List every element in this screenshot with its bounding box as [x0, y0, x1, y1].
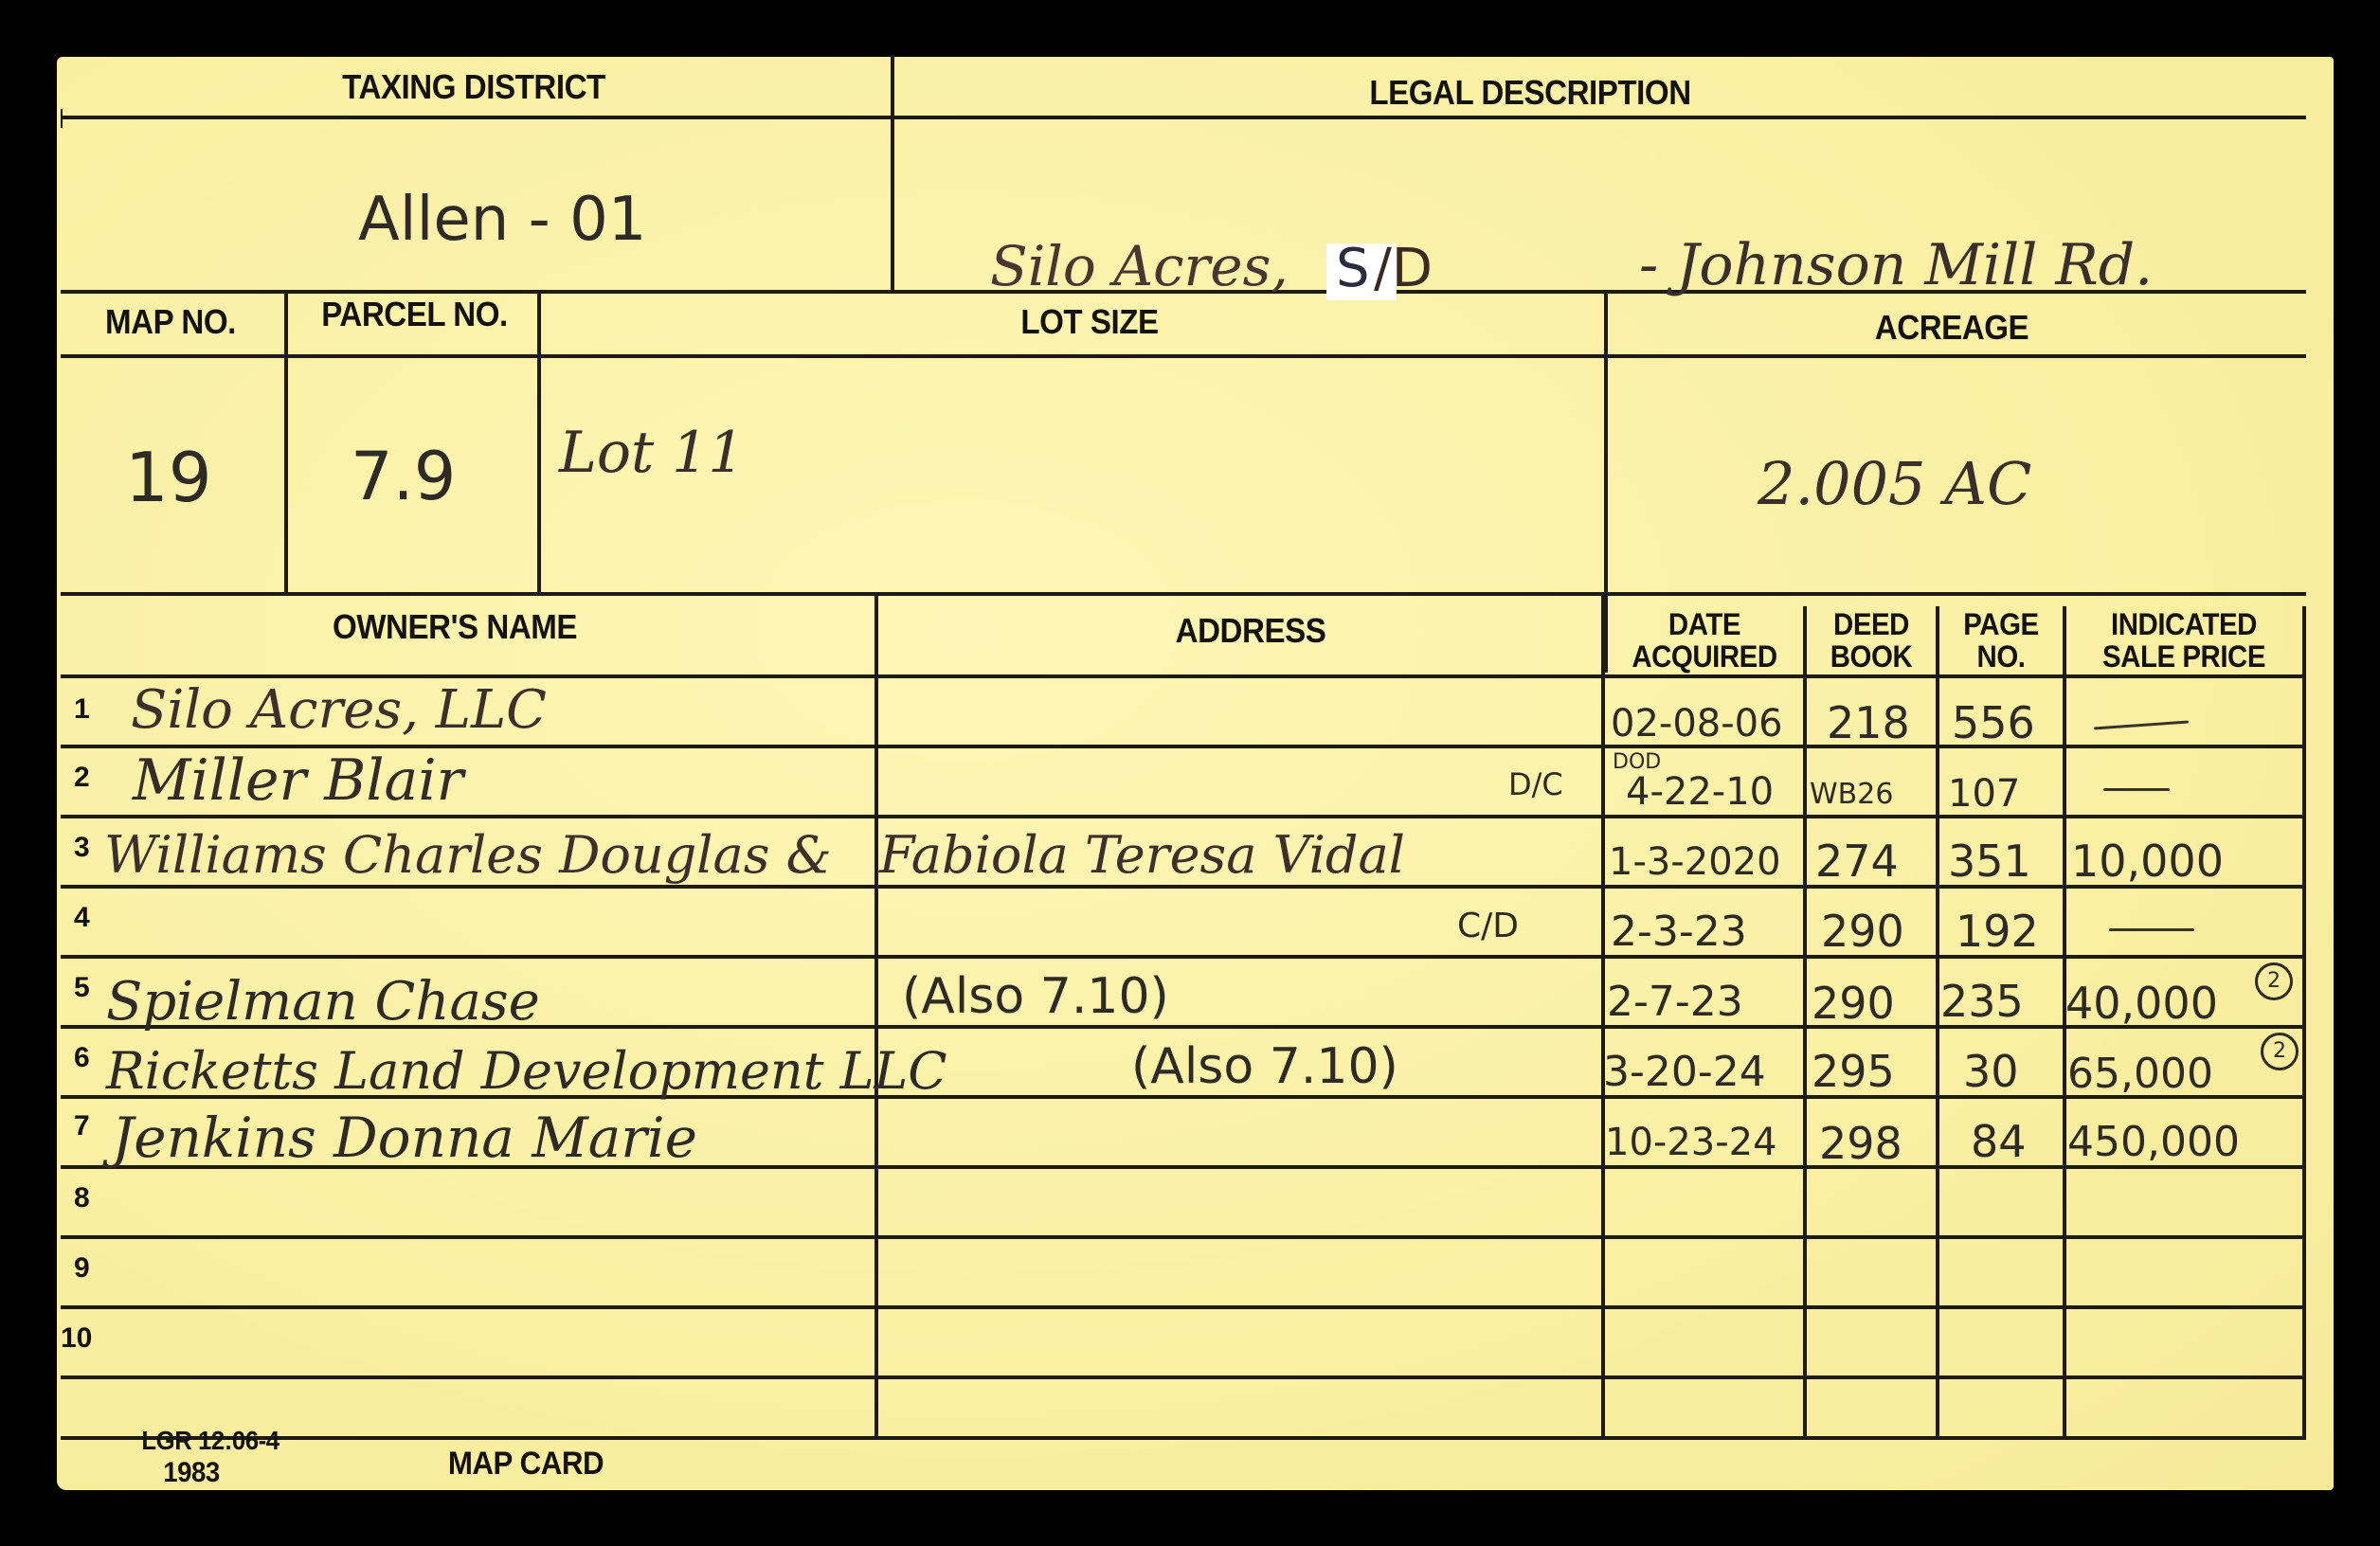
legal-description-label: LEGAL DESCRIPTION — [1290, 76, 1770, 110]
row-number-4: 4 — [74, 902, 90, 934]
rule-parcel-section-bottom — [61, 592, 2306, 596]
divider-owner-address — [874, 592, 878, 1439]
sale-price-5: 40,000 — [2065, 981, 2218, 1025]
deed-book-label: DEED BOOK — [1812, 608, 1929, 673]
lot-size-value: Lot 11 — [559, 424, 745, 481]
legal-description-sd-s: S — [1336, 243, 1370, 296]
sale-price-6: 65,000 — [2067, 1053, 2213, 1095]
lot-size-label: LOT SIZE — [976, 305, 1202, 339]
map-card: TAXING DISTRICT LEGAL DESCRIPTION MAP NO… — [57, 57, 2334, 1490]
map-no-label: MAP NO. — [75, 305, 266, 339]
divider-parcel-lot — [537, 294, 541, 595]
date-acquired-1: 02-08-06 — [1611, 705, 1783, 743]
parcel-no-label: PARCEL NO. — [303, 297, 526, 332]
deed-book-7: 298 — [1819, 1122, 1902, 1165]
sale-price-dash-4 — [2109, 928, 2194, 931]
divider-date-deed — [1803, 606, 1807, 1439]
row-number-6: 6 — [74, 1042, 90, 1074]
deed-book-5: 290 — [1812, 981, 1895, 1025]
row-number-1: 1 — [74, 693, 90, 726]
page-no-5: 235 — [1940, 980, 2024, 1023]
owner-name-5: Spielman Chase — [106, 976, 540, 1029]
rule-row-10 — [61, 1375, 2306, 1379]
left-tick — [61, 109, 63, 128]
deed-book-1: 218 — [1827, 701, 1910, 745]
date-acquired-5: 2-7-23 — [1607, 981, 1743, 1023]
note-2: D/C — [1508, 769, 1563, 800]
deed-book-6: 295 — [1812, 1050, 1895, 1093]
map-no-value: 19 — [125, 443, 212, 512]
page-no-4: 192 — [1956, 909, 2039, 953]
page-no-3: 351 — [1948, 839, 2031, 883]
row-number-8: 8 — [74, 1182, 90, 1214]
address-5: (Also 7.10) — [902, 972, 1169, 1021]
date-acquired-7: 10-23-24 — [1605, 1124, 1777, 1161]
date-acquired-3: 1-3-2020 — [1609, 843, 1781, 881]
divider-map-parcel — [284, 294, 288, 595]
row-number-5: 5 — [74, 972, 90, 1004]
sale-price-7: 450,000 — [2067, 1122, 2240, 1163]
address-6: (Also 7.10) — [1131, 1042, 1398, 1091]
row-number-3: 3 — [74, 832, 90, 864]
taxing-district-label: TAXING DISTRICT — [264, 70, 683, 104]
sale-price-note-5: 2 — [2255, 962, 2293, 1000]
legal-description-sd-d: /D — [1374, 243, 1433, 296]
rule-row-8 — [61, 1235, 2306, 1239]
note-4: C/D — [1457, 909, 1519, 944]
owner-name-2: Miller Blair — [133, 752, 463, 809]
page-no-7: 84 — [1971, 1120, 2027, 1163]
rule-owner-header — [61, 674, 2306, 678]
rule-row-9 — [61, 1305, 2306, 1309]
rule-table-bottom — [61, 1436, 2306, 1440]
acreage-label: ACREAGE — [1848, 311, 2057, 345]
date-acquired-2: 4-22-10 — [1626, 773, 1774, 811]
deed-book-4: 290 — [1821, 909, 1904, 953]
owner-name-7: Jenkins Donna Marie — [112, 1110, 697, 1165]
form-id-label: LGR 12:06-4 — [115, 1428, 306, 1454]
date-acquired-label: DATE ACQUIRED — [1614, 608, 1794, 673]
owner-name-3: Williams Charles Douglas & — [104, 830, 832, 881]
divider-taxing-legal — [891, 55, 894, 292]
row-number-7: 7 — [74, 1110, 90, 1142]
divider-address-date — [1601, 592, 1605, 1439]
rule-taxing-header — [61, 116, 2306, 119]
form-title-label: MAP CARD — [417, 1447, 635, 1480]
sale-price-3: 10,000 — [2071, 839, 2224, 883]
row-number-2: 2 — [74, 762, 90, 794]
taxing-district-value: Allen - 01 — [358, 189, 647, 250]
divider-deed-page — [1936, 606, 1939, 1439]
divider-table-right — [2302, 606, 2306, 1439]
row-number-9: 9 — [74, 1252, 90, 1285]
page-no-label: PAGE NO. — [1945, 608, 2057, 673]
sale-price-dash-1 — [2094, 721, 2189, 730]
address-3: Fabiola Teresa Vidal — [879, 830, 1405, 881]
acreage-value: 2.005 AC — [1758, 455, 2031, 513]
rule-parcel-header — [61, 354, 2306, 358]
owners-name-label: OWNER'S NAME — [272, 610, 638, 644]
deed-book-2: WB26 — [1810, 781, 1893, 809]
owner-name-1: Silo Acres, LLC — [131, 684, 547, 737]
legal-description-road: - Johnson Mill Rd. — [1639, 237, 2153, 294]
deed-book-3: 274 — [1815, 839, 1899, 883]
legal-description-value: Silo Acres, — [990, 239, 1289, 294]
page-no-2: 107 — [1948, 775, 2020, 813]
form-year-label: 1983 — [113, 1459, 270, 1487]
parcel-no-value: 7.9 — [351, 443, 456, 510]
sale-price-dash-2 — [2103, 788, 2170, 791]
row-number-10: 10 — [61, 1322, 92, 1355]
sale-price-label: INDICATED SALE PRICE — [2075, 608, 2293, 673]
owner-name-6: Ricketts Land Development LLC — [106, 1046, 947, 1097]
sale-price-note-6: 2 — [2261, 1033, 2299, 1070]
page-no-1: 556 — [1952, 701, 2035, 745]
page-no-6: 30 — [1963, 1050, 2019, 1093]
address-label: ADDRESS — [1093, 614, 1407, 648]
date-acquired-4: 2-3-23 — [1611, 911, 1747, 953]
date-acquired-6: 3-20-24 — [1603, 1052, 1766, 1093]
